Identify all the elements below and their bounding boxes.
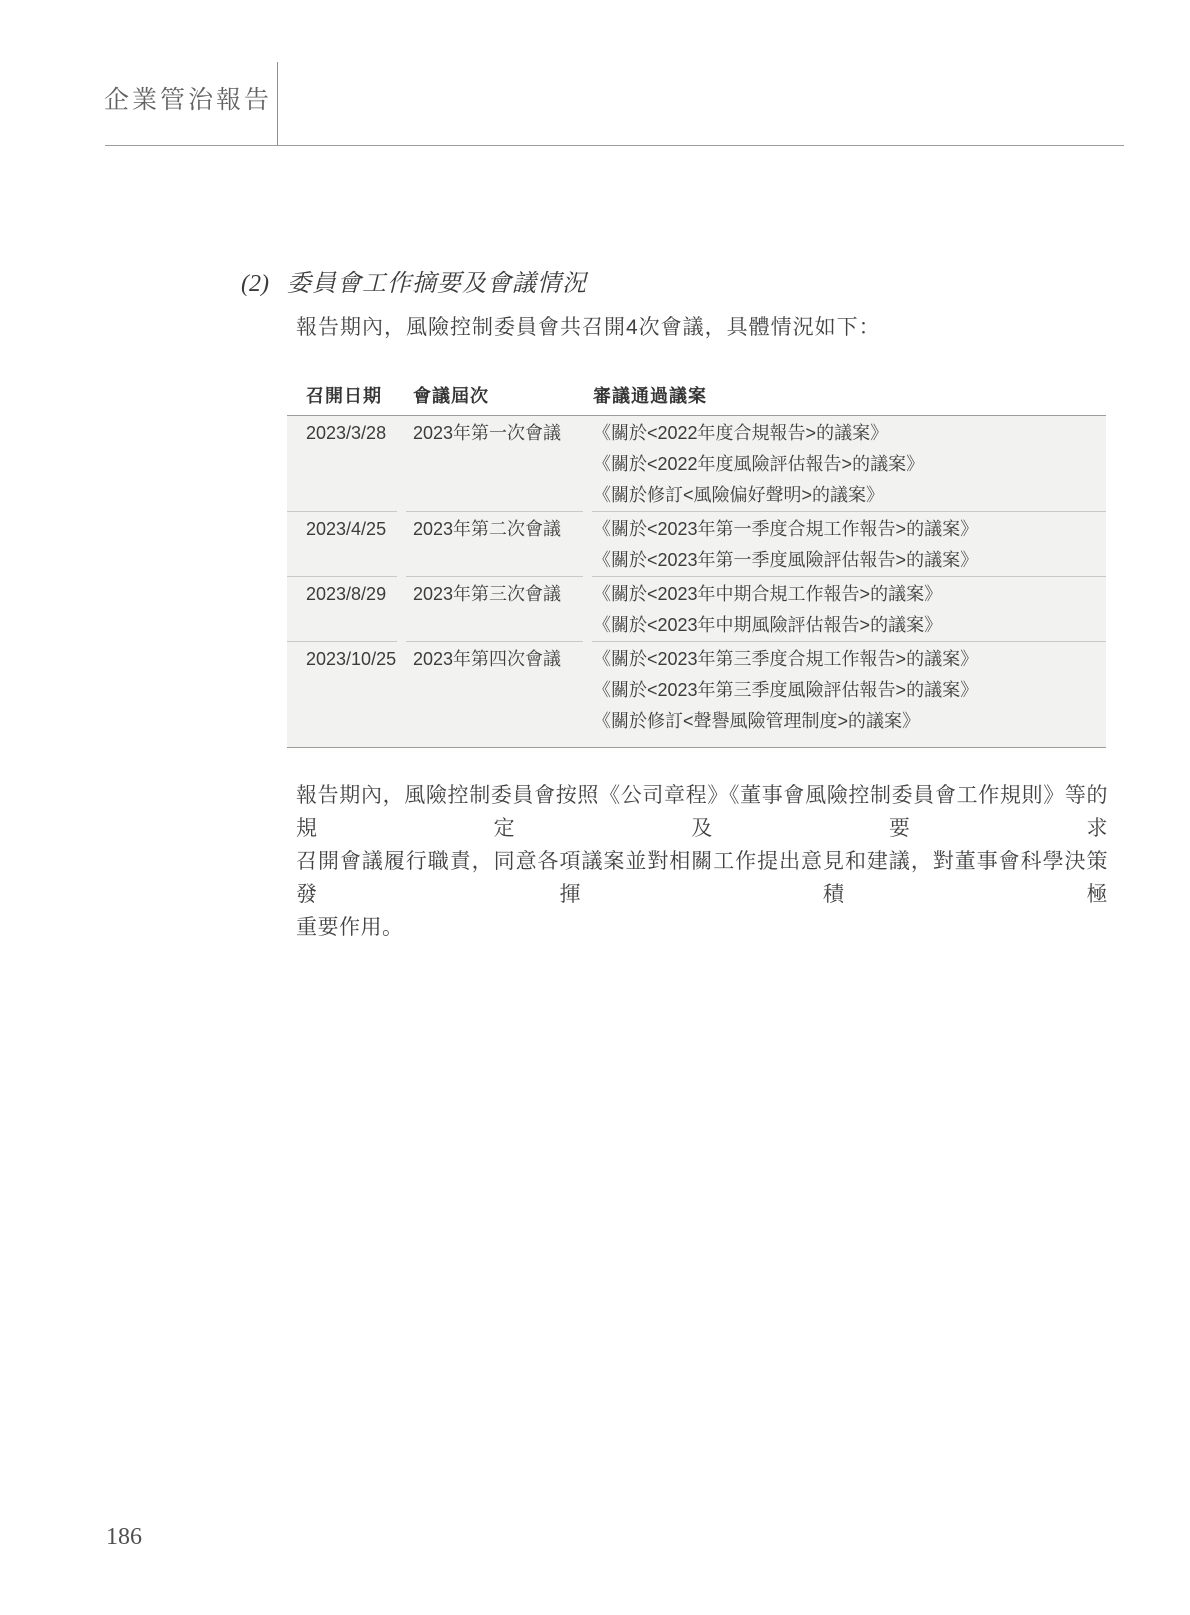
meetings-table: 召開日期 會議屆次 審議通過議案 2023/3/282023年第一次會議《關於<… [287, 380, 1106, 748]
header-horizontal-rule [105, 145, 1124, 146]
cell-date: 2023/4/25 [287, 511, 397, 576]
table-row: 2023/8/292023年第三次會議《關於<2023年中期合規工作報告>的議案… [287, 576, 1106, 641]
table-header-row: 召開日期 會議屆次 審議通過議案 [287, 380, 1106, 416]
closing-paragraph: 報告期內，風險控制委員會按照《公司章程》《董事會風險控制委員會工作規則》等的規定… [296, 779, 1108, 944]
cell-items: 《關於<2023年第三季度合規工作報告>的議案》《關於<2023年第三季度風險評… [592, 641, 1106, 747]
cell-items: 《關於<2023年第一季度合規工作報告>的議案》《關於<2023年第一季度風險評… [592, 511, 1106, 576]
item-line: 《關於<2023年第三季度合規工作報告>的議案》 [593, 644, 1106, 675]
cell-items: 《關於<2023年中期合規工作報告>的議案》《關於<2023年中期風險評估報告>… [592, 576, 1106, 641]
closing-line: 重要作用。 [296, 911, 1108, 944]
col-header-items: 審議通過議案 [592, 386, 1106, 406]
cell-session: 2023年第四次會議 [406, 641, 583, 747]
page-header-title: 企業管治報告 [104, 86, 272, 116]
closing-line: 召開會議履行職責，同意各項議案並對相關工作提出意見和建議，對董事會科學決策發揮積… [296, 845, 1108, 911]
item-line: 《關於<2023年中期合規工作報告>的議案》 [593, 579, 1106, 610]
item-line: 《關於<2023年第三季度風險評估報告>的議案》 [593, 675, 1106, 706]
table-body: 2023/3/282023年第一次會議《關於<2022年度合規報告>的議案》《關… [287, 416, 1106, 748]
item-line: 《關於修訂<風險偏好聲明>的議案》 [593, 480, 1106, 511]
section-number: (2) [241, 270, 287, 299]
item-line: 《關於<2023年中期風險評估報告>的議案》 [593, 610, 1106, 641]
page-number: 186 [106, 1524, 142, 1551]
cell-date: 2023/10/25 [287, 641, 397, 747]
col-header-date: 召開日期 [287, 386, 397, 406]
table-row: 2023/4/252023年第二次會議《關於<2023年第一季度合規工作報告>的… [287, 511, 1106, 576]
cell-items: 《關於<2022年度合規報告>的議案》《關於<2022年度風險評估報告>的議案》… [592, 416, 1106, 511]
item-line: 《關於<2022年度合規報告>的議案》 [593, 418, 1106, 449]
cell-date: 2023/8/29 [287, 576, 397, 641]
cell-date: 2023/3/28 [287, 416, 397, 511]
section-heading: (2) 委員會工作摘要及會議情況 [241, 270, 587, 299]
item-line: 《關於修訂<聲譽風險管理制度>的議案》 [593, 706, 1106, 737]
cell-session: 2023年第一次會議 [406, 416, 583, 511]
closing-line: 報告期內，風險控制委員會按照《公司章程》《董事會風險控制委員會工作規則》等的規定… [296, 779, 1108, 845]
table-row: 2023/10/252023年第四次會議《關於<2023年第三季度合規工作報告>… [287, 641, 1106, 747]
item-line: 《關於<2022年度風險評估報告>的議案》 [593, 449, 1106, 480]
item-line: 《關於<2023年第一季度合規工作報告>的議案》 [593, 514, 1106, 545]
cell-session: 2023年第三次會議 [406, 576, 583, 641]
section-title: 委員會工作摘要及會議情況 [287, 270, 587, 299]
item-line: 《關於<2023年第一季度風險評估報告>的議案》 [593, 545, 1106, 576]
intro-paragraph: 報告期內，風險控制委員會共召開4次會議，具體情況如下： [296, 314, 881, 342]
table-row: 2023/3/282023年第一次會議《關於<2022年度合規報告>的議案》《關… [287, 416, 1106, 511]
col-header-session: 會議屆次 [406, 386, 583, 406]
cell-session: 2023年第二次會議 [406, 511, 583, 576]
header-vertical-rule [277, 62, 278, 145]
